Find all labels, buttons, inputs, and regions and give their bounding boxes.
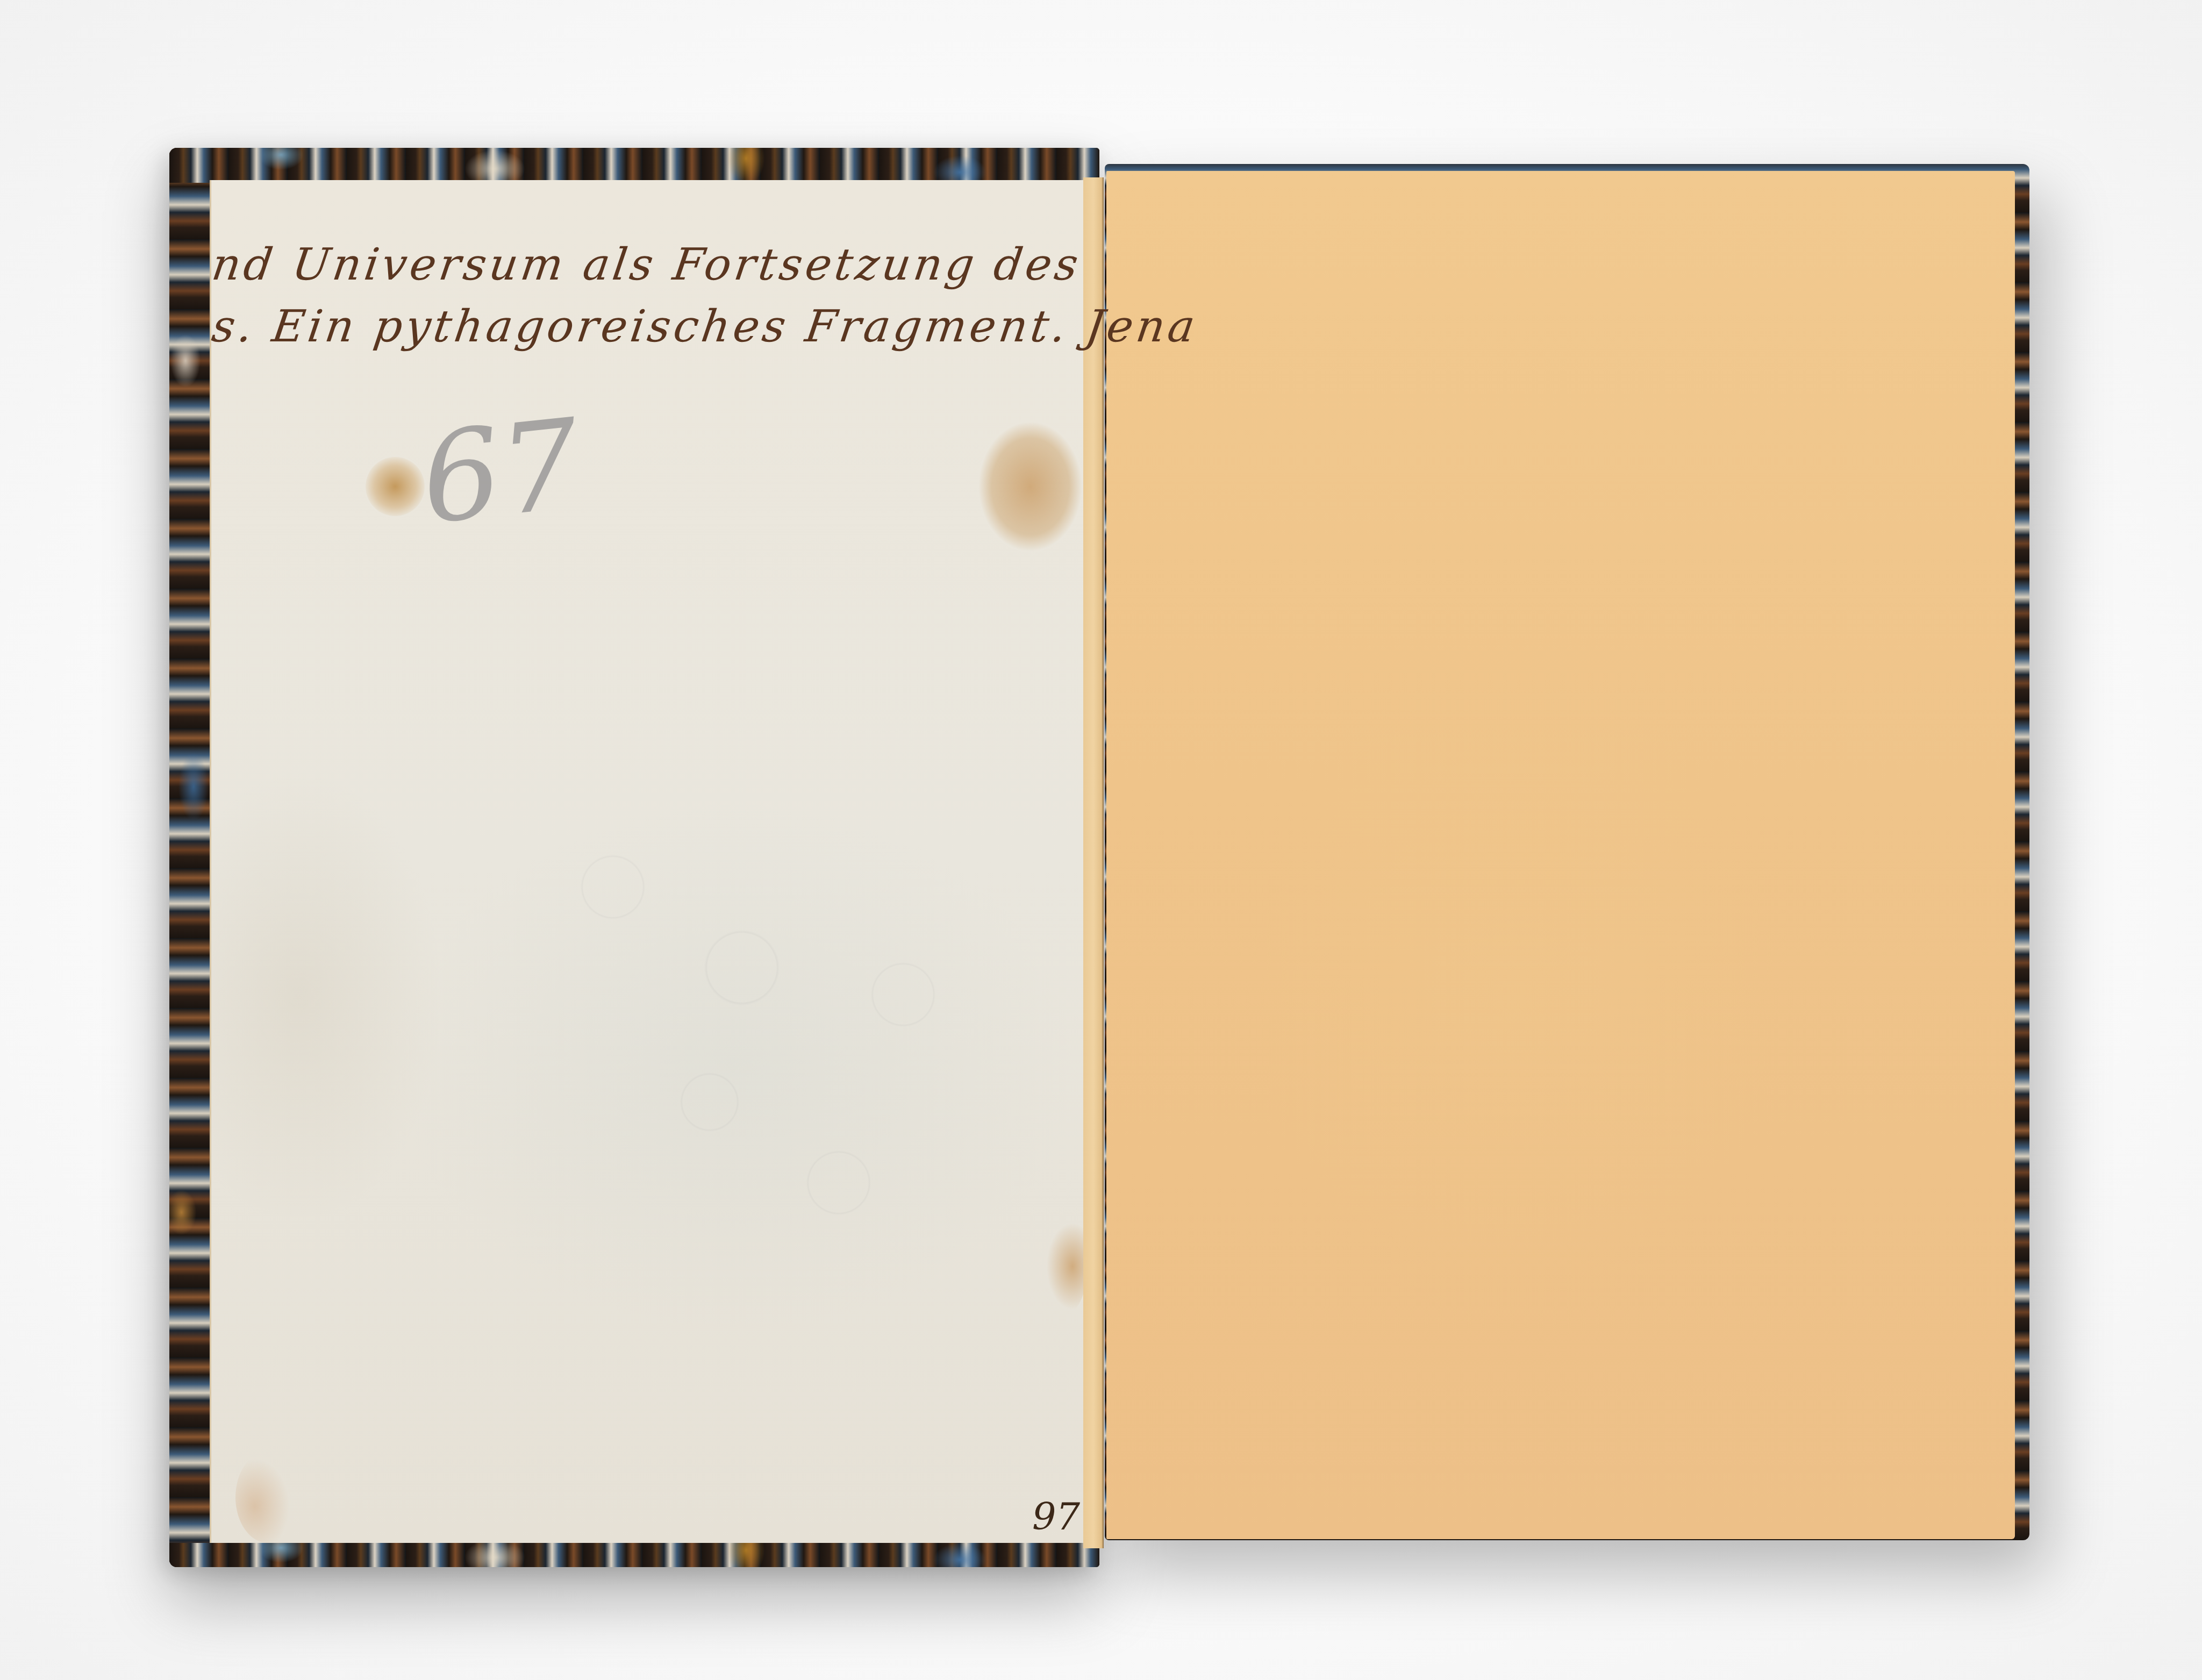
inscription-line-1: nd Universum als Fortsetzung des <box>209 239 1084 290</box>
left-cover-top-marbled-edge <box>169 148 1099 183</box>
pencil-shelf-number: 67 <box>415 392 587 552</box>
water-stain-bottom <box>1035 1204 1089 1317</box>
spine-hinge <box>1083 177 1104 1548</box>
show-through-ornament <box>387 726 1032 1263</box>
right-endpaper-page <box>1106 171 2015 1539</box>
water-stain-corner <box>235 1452 300 1543</box>
inscription-line-2: s. Ein pythagoreisches Fragment. Jena <box>209 301 1201 352</box>
left-cover-bottom-marbled-edge <box>169 1543 1099 1567</box>
page-number: 97 <box>1032 1495 1080 1539</box>
left-cover-marbled-edge <box>169 148 210 1567</box>
foxing-stain-icon <box>366 457 425 516</box>
water-stain-top <box>962 414 1086 575</box>
